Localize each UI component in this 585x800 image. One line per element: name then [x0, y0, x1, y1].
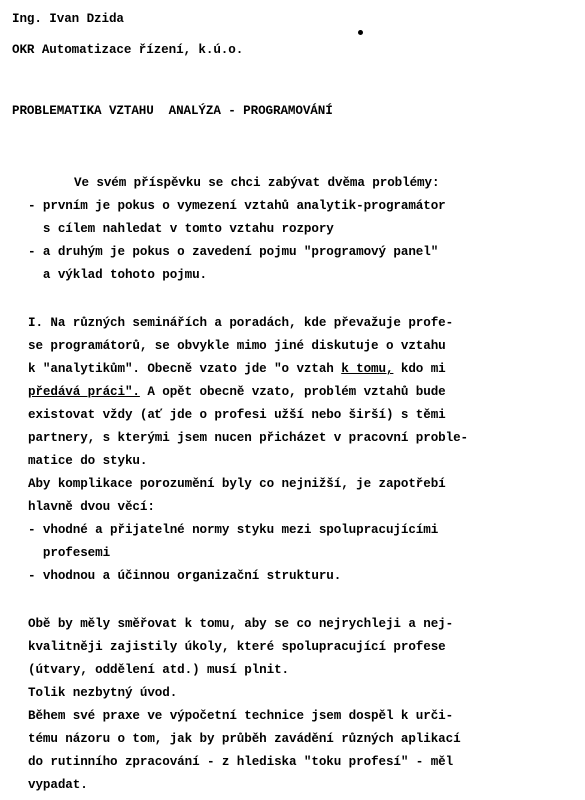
- intro-line: a výklad tohoto pojmu.: [28, 268, 207, 282]
- closing-line: (útvary, oddělení atd.) musí plnit.: [28, 663, 289, 677]
- section-line: - vhodnou a účinnou organizační struktur…: [28, 569, 341, 583]
- closing-line: kvalitněji zajistily úkoly, které spolup…: [28, 640, 446, 654]
- section-line: - vhodné a přijatelné normy styku mezi s…: [28, 523, 438, 537]
- section-line: předává práci". A opět obecně vzato, pro…: [28, 385, 446, 399]
- underlined-text: předává práci".: [28, 385, 140, 399]
- author-organization: OKR Automatizace řízení, k.ú.o.: [12, 43, 243, 57]
- section-line: existovat vždy (ať jde o profesi užší ne…: [28, 408, 446, 422]
- section-line: se programátorů, se obvykle mimo jiné di…: [28, 339, 446, 353]
- section-line: I. Na různých seminářích a poradách, kde…: [28, 316, 453, 330]
- document-title: PROBLEMATIKA VZTAHU ANALÝZA - PROGRAMOVÁ…: [12, 104, 333, 118]
- section-line: profesemi: [28, 546, 110, 560]
- text-run: A opět obecně vzato, problém vztahů bude: [140, 385, 446, 399]
- text-run: k "analytikům". Obecně vzato jde "o vzta…: [28, 362, 341, 376]
- section-line: k "analytikům". Obecně vzato jde "o vzta…: [28, 362, 446, 376]
- intro-line: Ve svém příspěvku se chci zabývat dvěma …: [74, 176, 439, 190]
- closing-line: tému názoru o tom, jak by průběh zaváděn…: [28, 732, 461, 746]
- text-run: kdo mi: [393, 362, 445, 376]
- intro-line: s cílem nahledat v tomto vztahu rozpory: [28, 222, 334, 236]
- section-line: hlavně dvou věcí:: [28, 500, 155, 514]
- intro-line: - a druhým je pokus o zavedení pojmu "pr…: [28, 245, 438, 259]
- section-line: Aby komplikace porozumění byly co nejniž…: [28, 477, 446, 491]
- author-name: Ing. Ivan Dzida: [12, 12, 124, 26]
- closing-line: Obě by měly směřovat k tomu, aby se co n…: [28, 617, 453, 631]
- closing-line: vypadat.: [28, 778, 88, 792]
- closing-line: do rutinního zpracování - z hlediska "to…: [28, 755, 453, 769]
- underlined-text: k tomu,: [341, 362, 393, 376]
- closing-line: Během své praxe ve výpočetní technice js…: [28, 709, 453, 723]
- intro-line: - prvním je pokus o vymezení vztahů anal…: [28, 199, 446, 213]
- section-line: partnery, s kterými jsem nucen přicházet…: [28, 431, 468, 445]
- section-line: matice do styku.: [28, 454, 147, 468]
- ink-spot: [358, 30, 363, 35]
- closing-line: Tolik nezbytný úvod.: [28, 686, 177, 700]
